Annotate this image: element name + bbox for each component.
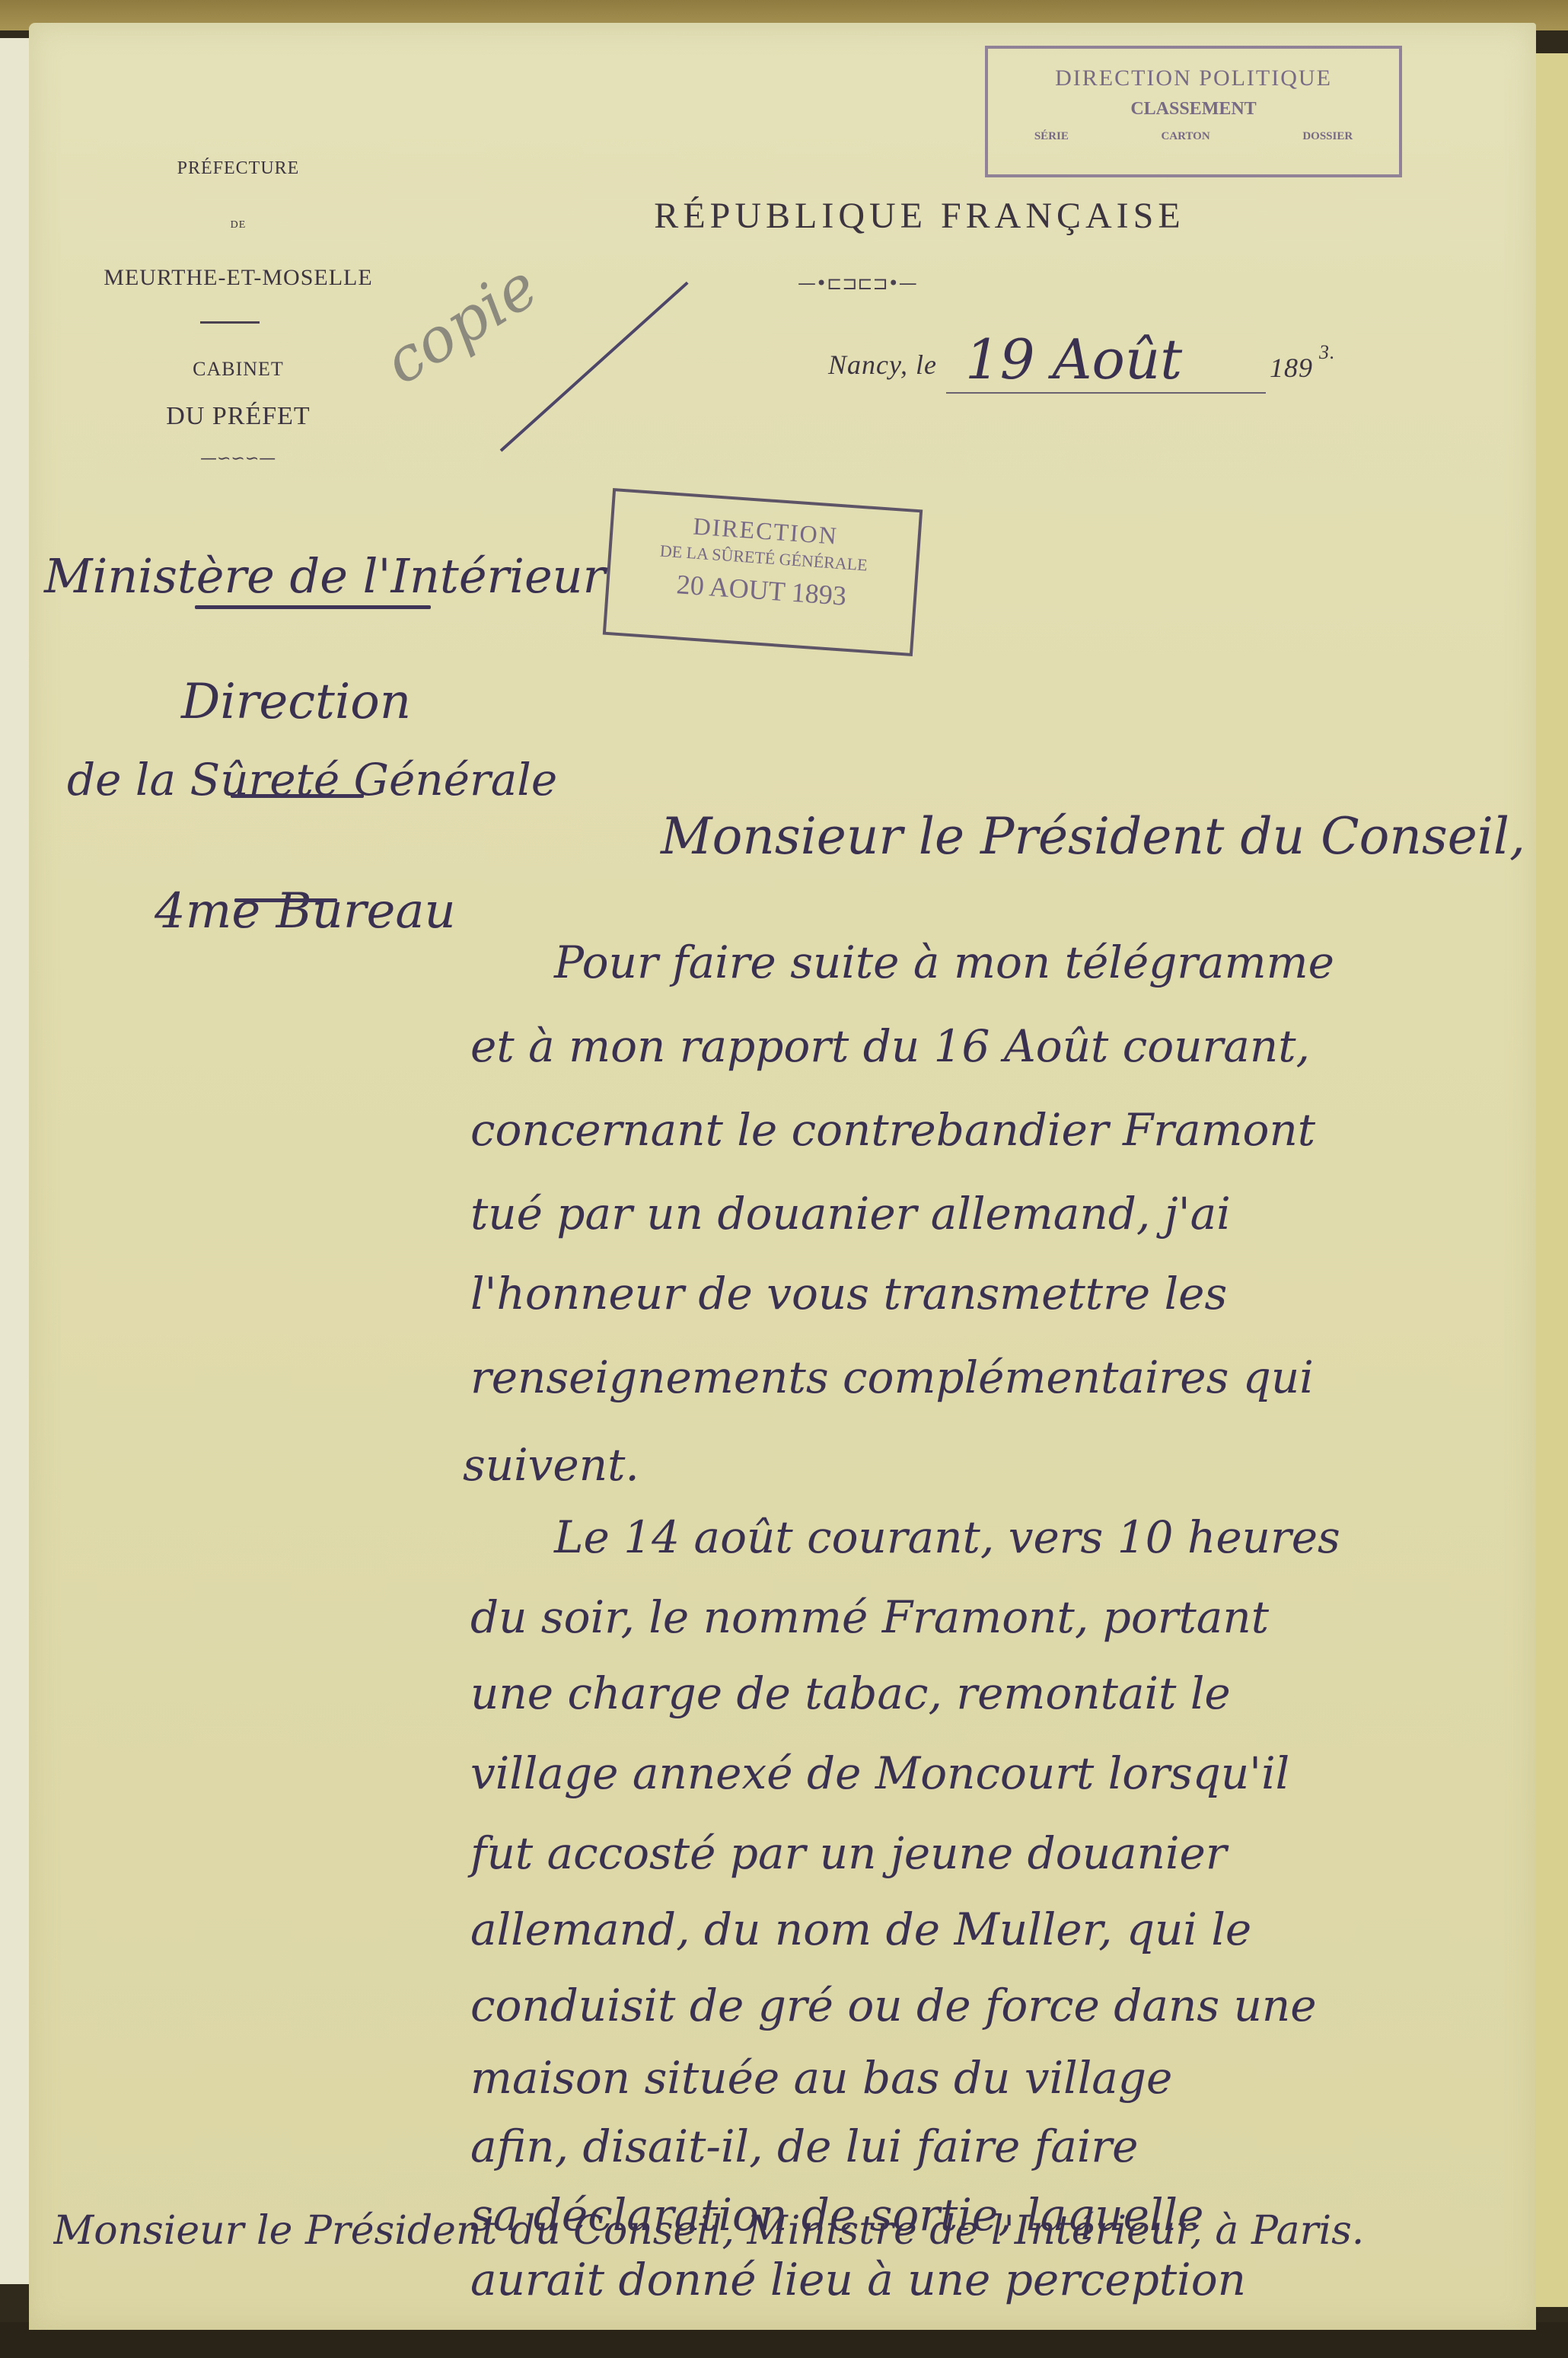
stamp-classement: CLASSEMENT: [988, 99, 1399, 120]
underlying-sheet-edge: [0, 38, 32, 2284]
body-line: fut accosté par un jeune douanier: [470, 1827, 1227, 1879]
body-line: aurait donné lieu à une perception: [470, 2254, 1246, 2305]
letter-sheet: PRÉFECTURE DE MEURTHE-ET-MOSELLE CABINET…: [29, 23, 1536, 2330]
body-line: Pour faire suite à mon télégramme: [554, 936, 1334, 988]
ornament-divider-icon: —•⊏⊐⊏⊐•—: [798, 273, 917, 294]
margin-direction: Direction: [181, 674, 411, 730]
year-prefix: 189: [1270, 352, 1313, 384]
margin-bureau: 4me Bureau: [155, 883, 456, 940]
body-line: et à mon rapport du 16 Août courant,: [470, 1020, 1310, 1072]
margin-bureau-underline: [234, 898, 337, 902]
ornament-icon: —∽∽∽—: [200, 449, 276, 468]
stamp-field-carton: CARTON: [1161, 130, 1209, 143]
stamp-field-dossier: DOSSIER: [1302, 130, 1353, 143]
cabinet-label: CABINET: [143, 358, 333, 381]
body-line: suivent.: [463, 1439, 639, 1491]
body-line: une charge de tabac, remontait le: [470, 1667, 1231, 1719]
prefecture-label: PRÉFECTURE: [143, 158, 333, 179]
stamp-direction-politique: DIRECTION POLITIQUE: [988, 65, 1399, 91]
receipt-stamp: DIRECTION DE LA SÛRETÉ GÉNÉRALE 20 AOUT …: [603, 488, 923, 656]
date-rule: [946, 392, 1266, 394]
margin-surete-underline: [231, 794, 364, 798]
body-line: l'honneur de vous transmettre les: [470, 1268, 1227, 1319]
body-line: conduisit de gré ou de force dans une: [470, 1980, 1317, 2031]
body-line: village annexé de Moncourt lorsqu'il: [470, 1747, 1289, 1799]
department-name: MEURTHE-ET-MOSELLE: [101, 265, 375, 291]
classification-stamp: DIRECTION POLITIQUE CLASSEMENT SÉRIE CAR…: [985, 46, 1402, 177]
body-line: allemand, du nom de Muller, qui le: [470, 1903, 1251, 1955]
republic-header: RÉPUBLIQUE FRANÇAISE: [577, 195, 1262, 237]
addressee-line: Monsieur le Président du Conseil, Minist…: [53, 2208, 1530, 2254]
margin-ministry: Ministère de l'Intérieur: [44, 548, 605, 604]
body-line: afin, disait-il, de lui faire faire: [470, 2120, 1138, 2172]
body-line: tué par un douanier allemand, j'ai: [470, 1188, 1231, 1240]
salutation: Monsieur le Président du Conseil,: [661, 807, 1525, 866]
body-line: renseignements complémentaires qui: [470, 1351, 1314, 1403]
de-label: DE: [143, 219, 333, 231]
pencil-annotation: copie: [372, 250, 550, 398]
du-prefet-label: DU PRÉFET: [143, 402, 333, 431]
letterhead-divider: [200, 321, 260, 324]
year-suffix: 3.: [1319, 341, 1336, 364]
body-line: Le 14 août courant, vers 10 heures: [554, 1511, 1340, 1563]
margin-ministry-underline: [195, 605, 431, 609]
body-line: maison située au bas du village: [470, 2052, 1172, 2104]
body-line: du soir, le nommé Framont, portant: [470, 1591, 1269, 1643]
stamp-field-serie: SÉRIE: [1034, 130, 1069, 143]
body-line: concernant le contrebandier Framont: [470, 1104, 1315, 1156]
place-prefix: Nancy, le: [828, 349, 937, 381]
date-handwritten: 19 Août: [965, 327, 1182, 391]
